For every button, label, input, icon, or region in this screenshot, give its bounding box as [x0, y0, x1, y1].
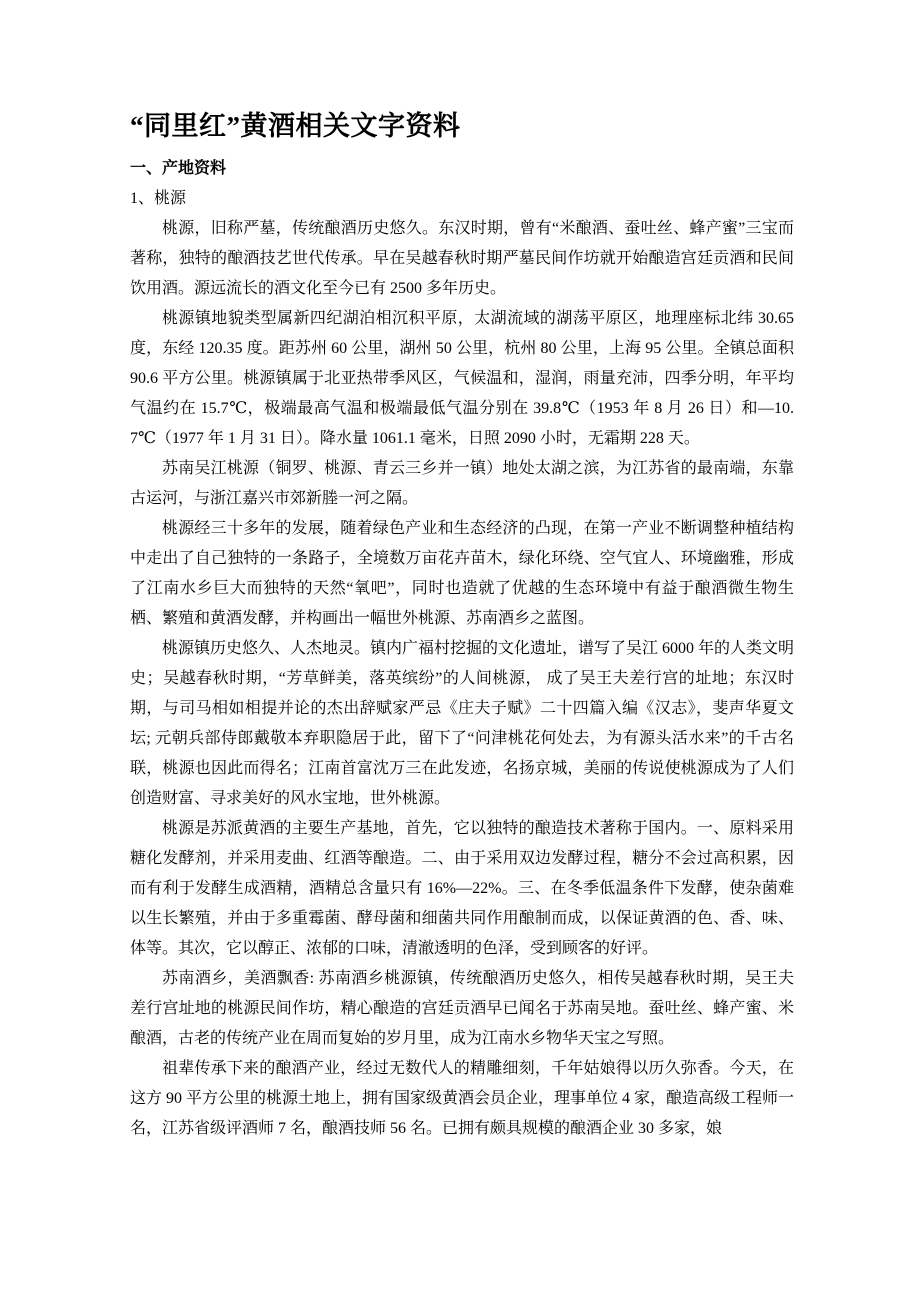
- section-heading-origin-info: 一、产地资料: [130, 154, 794, 184]
- document-page: “同里红”黄酒相关文字资料 一、产地资料 1、桃源 桃源，旧称严墓，传统酿酒历史…: [0, 0, 920, 1302]
- paragraph-location: 苏南吴江桃源（铜罗、桃源、青云三乡并一镇）地处太湖之滨，为江苏省的最南端，东靠古…: [130, 454, 794, 514]
- document-content: “同里红”黄酒相关文字资料 一、产地资料 1、桃源 桃源，旧称严墓，传统酿酒历史…: [0, 0, 920, 1144]
- paragraph-historical-figures: 桃源镇历史悠久、人杰地灵。镇内广福村挖掘的文化遗址，谱写了吴江 6000 年的人…: [130, 634, 794, 814]
- paragraph-industry-today: 祖辈传承下来的酿酒产业，经过无数代人的精雕细刻，千年姑娘得以历久弥香。今天，在这…: [130, 1054, 794, 1144]
- document-body: 桃源，旧称严墓，传统酿酒历史悠久。东汉时期，曾有“米酿酒、蚕吐丝、蜂产蜜”三宝而…: [130, 214, 794, 1144]
- paragraph-green-industry: 桃源经三十多年的发展，随着绿色产业和生态经济的凸现，在第一产业不断调整种植结构中…: [130, 514, 794, 634]
- paragraph-geography-climate: 桃源镇地貌类型属新四纪湖泊相沉积平原，太湖流域的湖荡平原区，地理座标北纬 30.…: [130, 304, 794, 454]
- paragraph-wine-town: 苏南酒乡，美酒飘香: 苏南酒乡桃源镇，传统酿酒历史悠久，相传吴越春秋时期，吴王夫…: [130, 964, 794, 1054]
- document-title: “同里红”黄酒相关文字资料: [130, 104, 794, 148]
- subsection-heading-taoyuan: 1、桃源: [130, 184, 794, 214]
- paragraph-history-intro: 桃源，旧称严墓，传统酿酒历史悠久。东汉时期，曾有“米酿酒、蚕吐丝、蜂产蜜”三宝而…: [130, 214, 794, 304]
- paragraph-brewing-technique: 桃源是苏派黄酒的主要生产基地，首先，它以独特的酿造技术著称于国内。一、原料采用糖…: [130, 814, 794, 964]
